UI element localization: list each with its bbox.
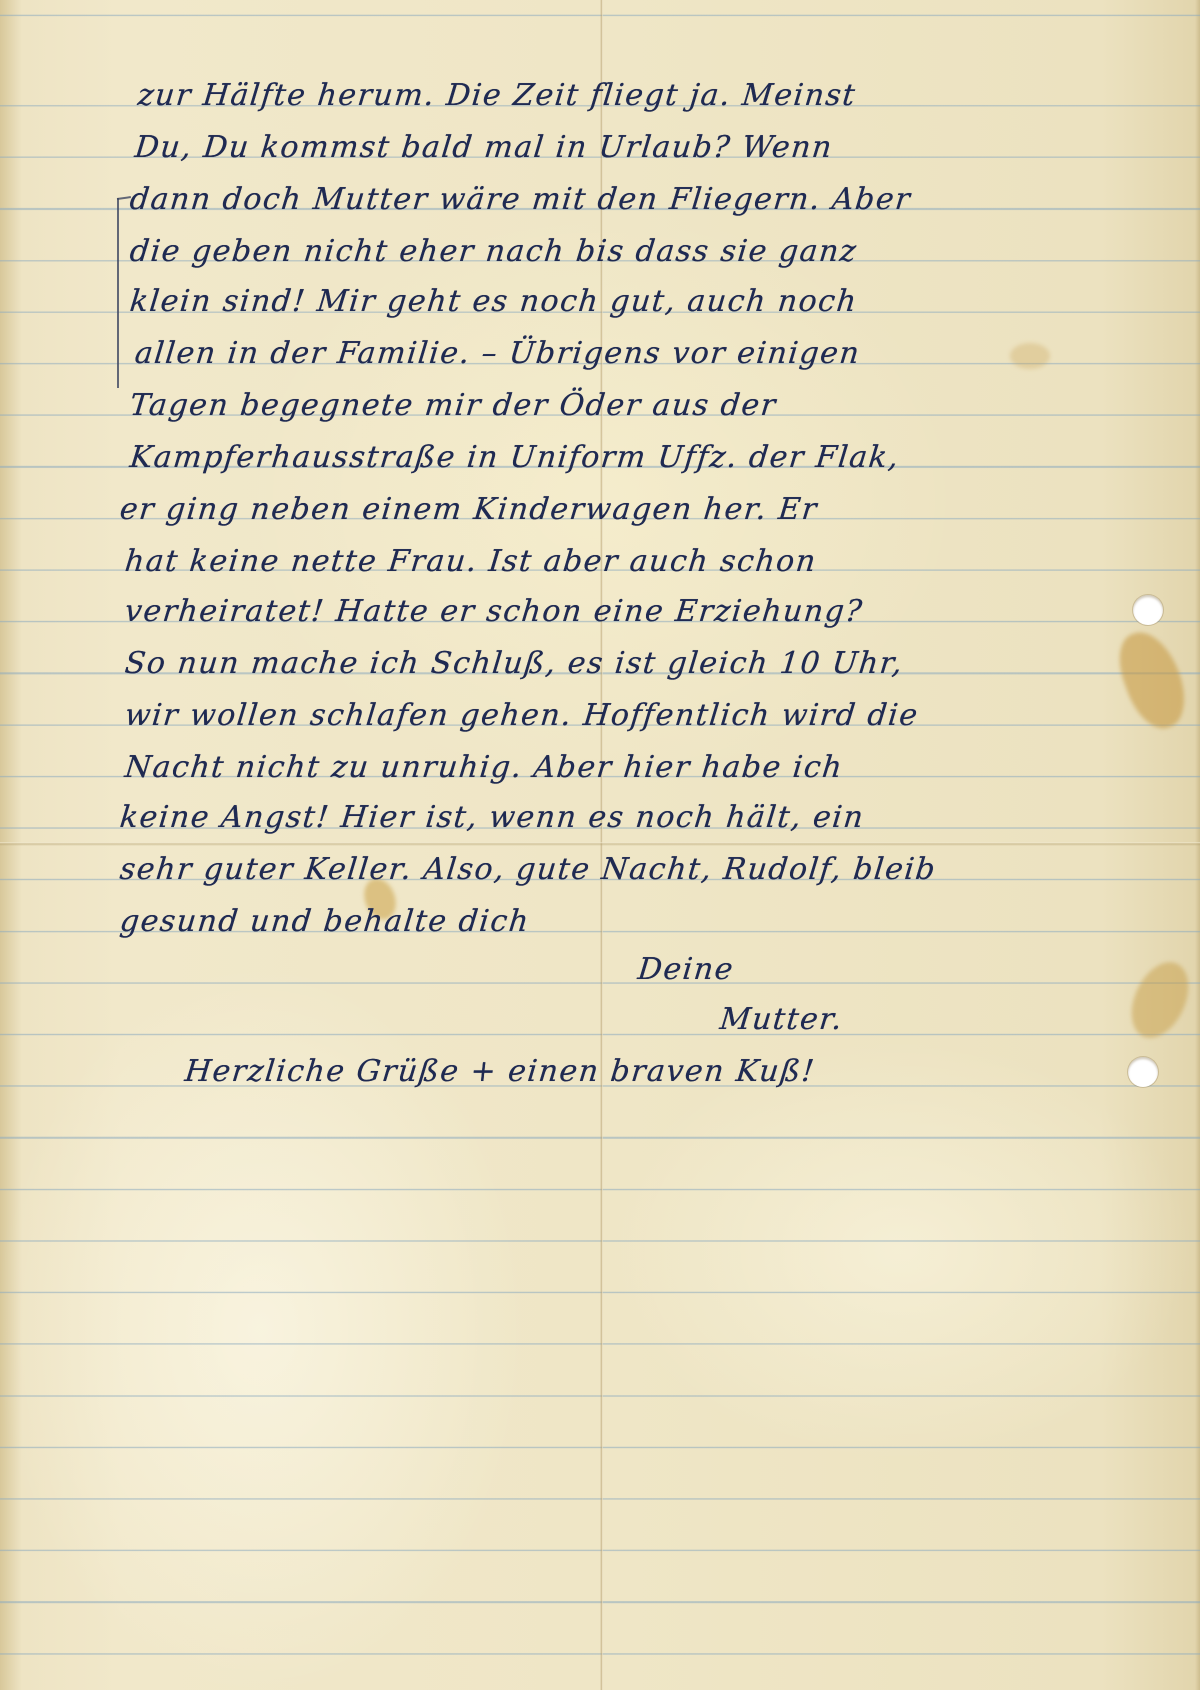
letter-line: die geben nicht eher nach bis dass sie g… (128, 234, 859, 269)
letter-line: Tagen begegnete mir der Öder aus der (128, 388, 778, 423)
letter-line: gesund und behalte dich (118, 904, 531, 939)
letter-line: er ging neben einem Kinderwagen her. Er (118, 492, 819, 527)
letter-line: keine Angst! Hier ist, wenn es noch hält… (118, 800, 866, 835)
letter-signature: Mutter. (718, 1002, 845, 1037)
letter-line: So nun mache ich Schluß, es ist gleich 1… (123, 646, 905, 681)
letter-line: wir wollen schlafen gehen. Hoffentlich w… (123, 698, 920, 733)
letter-line: klein sind! Mir geht es noch gut, auch n… (128, 284, 859, 319)
letter-line: dann doch Mutter wäre mit den Fliegern. … (128, 182, 913, 217)
letter-postscript: Herzliche Grüße + einen braven Kuß! (183, 1054, 817, 1089)
letter-closing: Deine (636, 952, 736, 987)
letter-line: sehr guter Keller. Also, gute Nacht, Rud… (118, 852, 938, 887)
letter-line: Du, Du kommst bald mal in Urlaub? Wenn (133, 130, 835, 165)
letter-line: hat keine nette Frau. Ist aber auch scho… (123, 544, 818, 579)
letter-line: zur Hälfte herum. Die Zeit fliegt ja. Me… (136, 78, 858, 113)
letter-line: Kampferhausstraße in Uniform Uffz. der F… (128, 440, 901, 475)
letter-line: allen in der Familie. – Übrigens vor ein… (133, 336, 862, 371)
letter-page: zur Hälfte herum. Die Zeit fliegt ja. Me… (0, 0, 1200, 1690)
letter-line: verheiratet! Hatte er schon eine Erziehu… (123, 594, 865, 629)
letter-body: zur Hälfte herum. Die Zeit fliegt ja. Me… (0, 0, 1200, 1690)
letter-line: Nacht nicht zu unruhig. Aber hier habe i… (123, 750, 845, 785)
